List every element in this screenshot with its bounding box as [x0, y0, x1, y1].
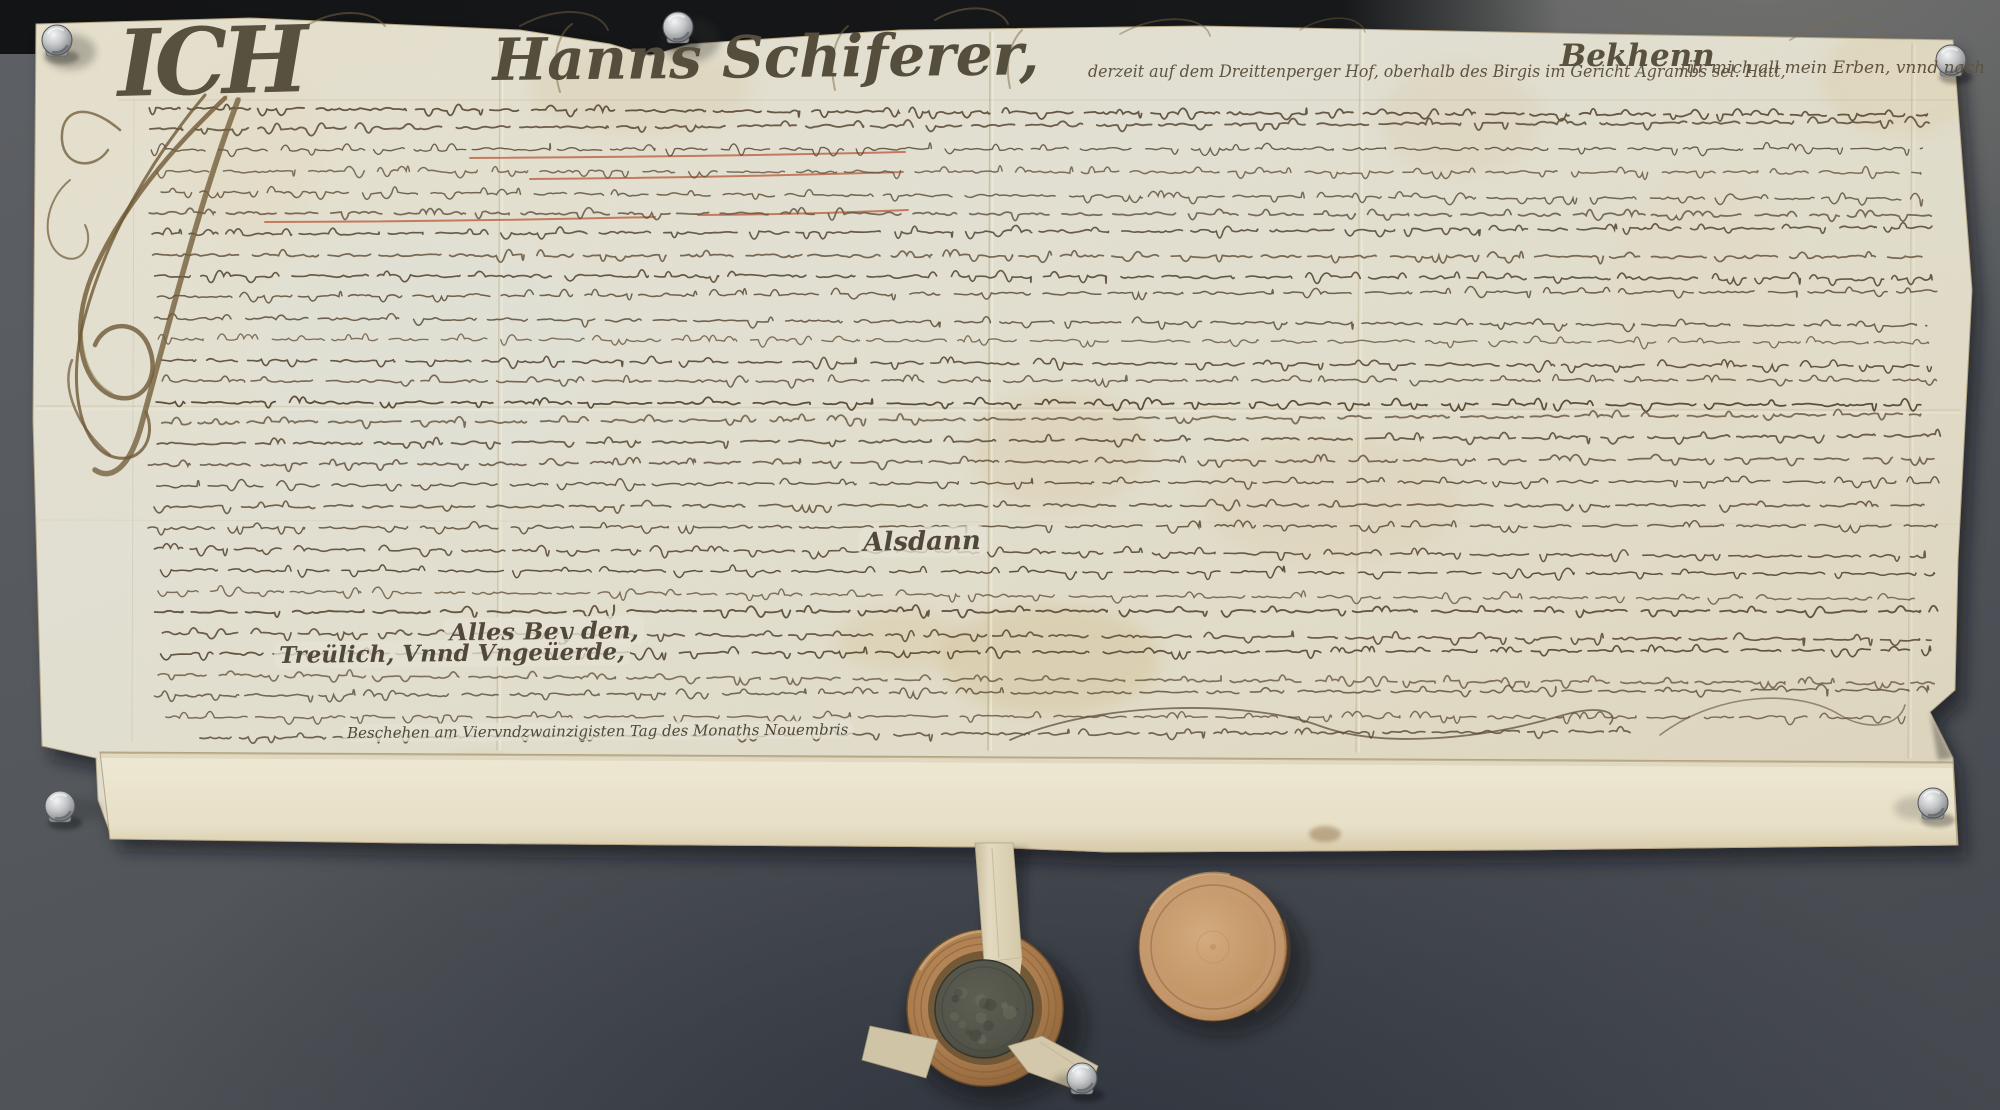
- heading-bekhenn-rest: für mich all mein Erben, vnnd nach: [1680, 58, 1985, 78]
- photo-backdrop: ICH Hanns Schiferer, derzeit auf dem Dre…: [0, 0, 2000, 1110]
- phrase-alsdann: Alsdann: [858, 526, 986, 558]
- heading-initials: ICH: [116, 5, 304, 118]
- push-pin: [1067, 1063, 1104, 1102]
- phrase-beschehen-date: Beschehen am Viervndzwainzigisten Tag de…: [342, 720, 853, 742]
- charter-photo: [0, 0, 2000, 1110]
- seal-lid: [1139, 873, 1288, 1021]
- heading-name: Hanns Schiferer,: [492, 20, 1039, 94]
- phrase-treulich: Treülich, Vnnd Vngeüerde,: [274, 638, 630, 669]
